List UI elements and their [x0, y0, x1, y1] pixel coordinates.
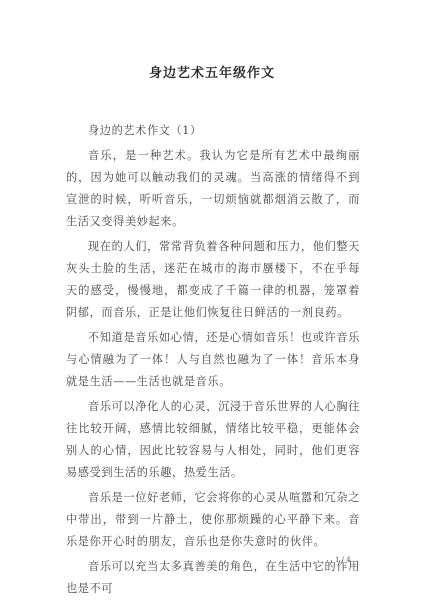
document-body: 身边的艺术作文（1） 音乐，是一种艺术。我认为它是所有艺术中最绚丽的，因为她可以… [66, 120, 360, 600]
document-title: 身边艺术五年级作文 [0, 62, 424, 81]
paragraph: 音乐可以充当太多真善美的角色，在生活中它的作用也是不可 [66, 556, 360, 600]
paragraph: 音乐可以净化人的心灵，沉浸于音乐世界的人心胸往往比较开阔，感情比较细腻，情绪比较… [66, 396, 360, 484]
paragraph: 音乐是一位好老师，它会将你的心灵从喧嚣和冗杂之中带出，带到一片静土，使你那烦躁的… [66, 487, 360, 553]
page-number: 1 / 4 [335, 556, 351, 564]
paragraph: 不知道是音乐如心情，还是心情如音乐！也或许音乐与心情融为了一体！人与自然也融为了… [66, 327, 360, 393]
paragraph: 音乐，是一种艺术。我认为它是所有艺术中最绚丽的，因为她可以触动我们的灵魂。当高涨… [66, 145, 360, 233]
essay-subtitle: 身边的艺术作文（1） [66, 120, 360, 142]
paragraph: 现在的人们，常常背负着各种问题和压力，他们整天灰头土脸的生活，迷茫在城市的海市蜃… [66, 236, 360, 324]
document-page: 身边艺术五年级作文 身边的艺术作文（1） 音乐，是一种艺术。我认为它是所有艺术中… [0, 0, 424, 600]
